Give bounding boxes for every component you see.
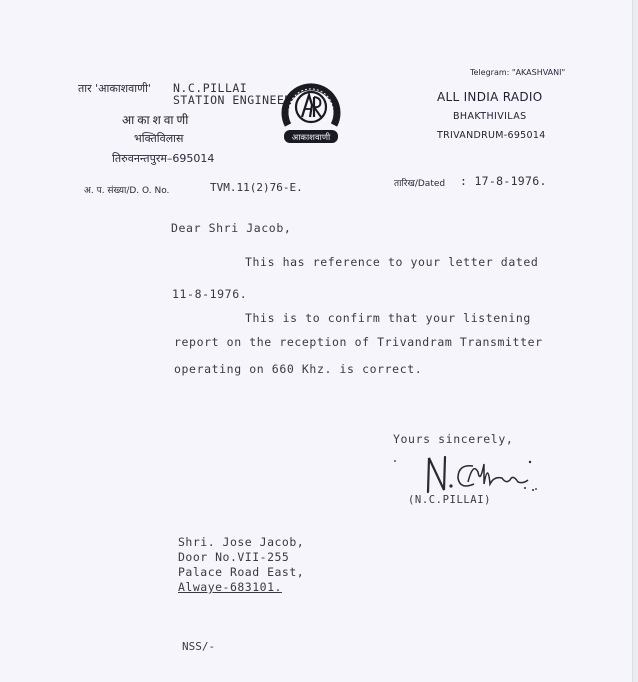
body-paragraph-2-line-2: report on the reception of Trivandram Tr… [174, 335, 543, 349]
recipient-city: Alwaye-683101. [178, 580, 282, 594]
hindi-telegram-line: तार 'आकाशवाणी' [78, 81, 151, 96]
all-india-radio-logo-icon: आकाशवाणी [276, 75, 346, 147]
typist-initials: NSS/- [182, 640, 215, 653]
reference-label: अ. प. संख्या/D. O. No. [84, 183, 169, 196]
hindi-org-name: आकाशवाणी [122, 111, 191, 128]
body-paragraph-2-line-3: operating on 660 Khz. is correct. [174, 362, 422, 376]
body-paragraph-1-line-2: 11-8-1976. [172, 287, 247, 301]
signatory-name: (N.C.PILLAI) [408, 494, 491, 506]
typed-sender-title: STATION ENGINEER [173, 94, 292, 106]
hindi-city: तिरुवनन्तपुरम–695014 [112, 151, 214, 166]
recipient-door: Door No.VII-255 [178, 550, 289, 564]
reference-number: TVM.11(2)76-E. [210, 181, 303, 194]
svg-text:आकाशवाणी: आकाशवाणी [292, 132, 331, 143]
city-address: TRIVANDRUM-695014 [437, 130, 546, 141]
body-paragraph-2-line-1: This is to confirm that your listening [245, 311, 531, 325]
handwritten-signature [418, 452, 548, 497]
recipient-name: Shri. Jose Jacob, [178, 535, 304, 549]
valediction: Yours sincerely, [393, 432, 513, 446]
body-paragraph-1-line-1: This has reference to your letter dated [245, 255, 538, 269]
recipient-street: Palace Road East, [178, 565, 304, 579]
salutation: Dear Shri Jacob, [171, 221, 291, 235]
date-label: तारिख/Dated [394, 176, 445, 189]
hindi-building: भक्तिविलास [134, 131, 183, 146]
date-value: : 17-8-1976. [460, 174, 547, 188]
typed-sender-name: N.C.PILLAI STATION ENGINEER [173, 82, 292, 106]
ink-speck [394, 460, 396, 462]
letter-page: तार 'आकाशवाणी' N.C.PILLAI STATION ENGINE… [0, 0, 632, 682]
org-name: ALL INDIA RADIO [437, 90, 543, 104]
ink-speck [535, 488, 537, 490]
page-edge [632, 0, 638, 682]
telegram-address: Telegram: "AKASHVANI" [470, 68, 565, 77]
building-name: BHAKTHIVILAS [453, 111, 527, 122]
